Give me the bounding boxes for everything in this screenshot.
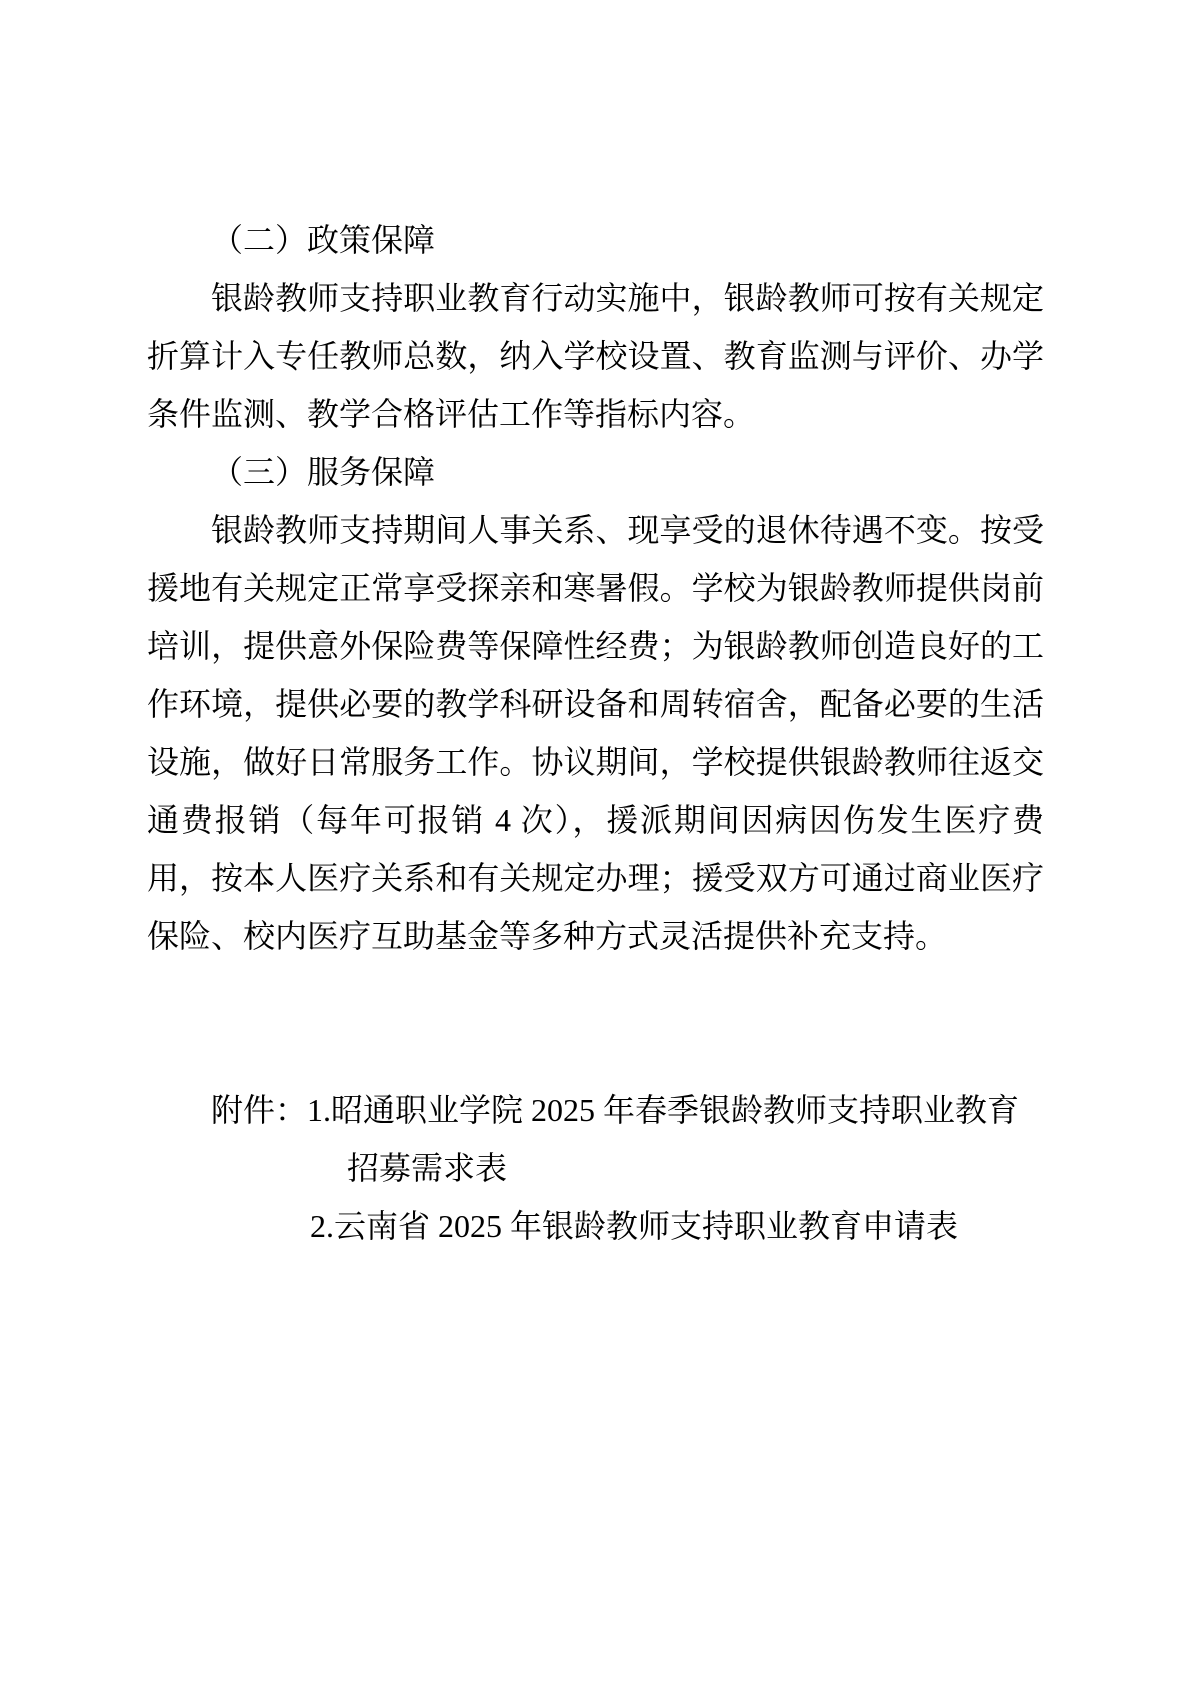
paragraph-policy-guarantee: 银龄教师支持职业教育行动实施中，银龄教师可按有关规定折算计入专任教师总数，纳入学…	[147, 269, 1044, 443]
document-page: （二）政策保障 银龄教师支持职业教育行动实施中，银龄教师可按有关规定折算计入专任…	[0, 0, 1191, 1684]
attachment-item-2: 2.云南省 2025 年银龄教师支持职业教育申请表	[147, 1197, 1044, 1255]
attachments-block: 附件：1.昭通职业学院 2025 年春季银龄教师支持职业教育 招募需求表 2.云…	[147, 1081, 1044, 1255]
heading-policy-guarantee: （二）政策保障	[147, 211, 1044, 269]
document-body: （二）政策保障 银龄教师支持职业教育行动实施中，银龄教师可按有关规定折算计入专任…	[147, 211, 1044, 1255]
attachment-item-1-line-2: 招募需求表	[147, 1139, 1044, 1197]
heading-service-guarantee: （三）服务保障	[147, 443, 1044, 501]
attachment-item-1-line-1: 附件：1.昭通职业学院 2025 年春季银龄教师支持职业教育	[147, 1081, 1044, 1139]
paragraph-service-guarantee: 银龄教师支持期间人事关系、现享受的退休待遇不变。按受援地有关规定正常享受探亲和寒…	[147, 501, 1044, 965]
